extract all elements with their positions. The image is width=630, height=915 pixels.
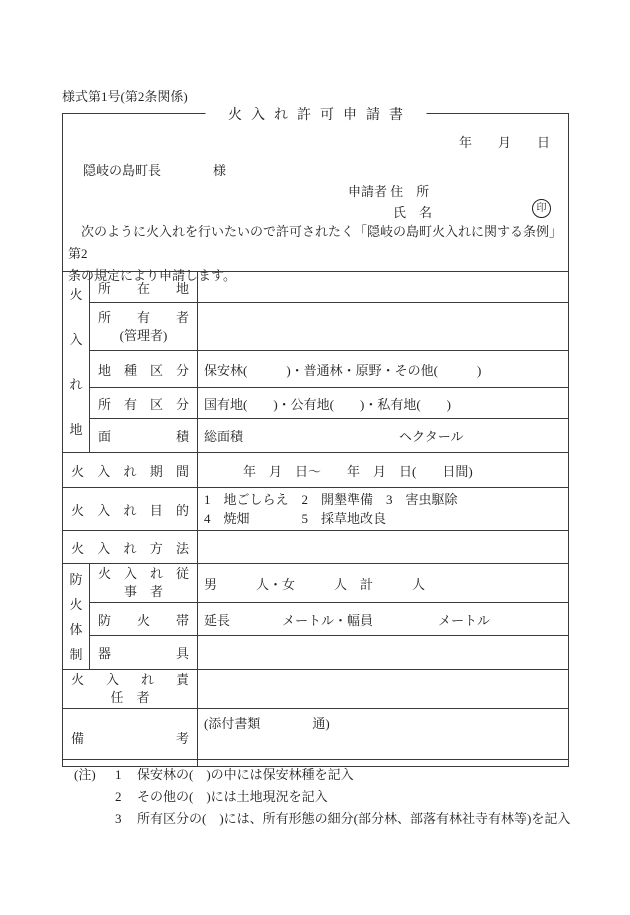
note-prefix-spacer [74, 786, 115, 808]
applicant-address-label: 申請者 住 所 [348, 181, 429, 200]
land-type-label: 地 種 区 分 [90, 351, 198, 388]
form-box: 火入れ許可申請書 年 月 日 隠岐の島町長 様 申請者 住 所 氏 名 印 次の… [62, 113, 569, 760]
workers-value-cell: 男 人・女 人 計 人 [198, 564, 569, 603]
applicant-name-label: 氏 名 [393, 202, 432, 221]
group-label-fire-site: 火 入 れ 地 [63, 272, 90, 453]
owner-label: 所 有 者 (管理者) [90, 303, 198, 351]
location-label: 所 在 地 [90, 272, 198, 303]
form-number: 様式第1号(第2条関係) [62, 86, 188, 105]
note-row-3: 3 所有区分の( )には、所有形態の細分(部分林、部落有林社寺有林等)を記入 [74, 808, 570, 830]
application-table: 火 入 れ 地 所 在 地 所 有 者 (管理者) 地 種 区 分 保安林( )… [62, 271, 569, 767]
firebreak-value-cell: 延長 メートル・幅員 メートル [198, 603, 569, 636]
ownership-value-cell: 国有地( )・公有地( )・私有地( ) [198, 388, 569, 419]
method-label: 火 入 れ 方 法 [63, 531, 198, 564]
workers-label-line1: 火 入 れ 従 [98, 565, 189, 583]
owner-value-cell [198, 303, 569, 351]
location-value-cell [198, 272, 569, 303]
note-prefix-spacer [74, 808, 115, 830]
area-label: 面 積 [90, 419, 198, 453]
seal-icon: 印 [532, 199, 551, 218]
form-title: 火入れ許可申請書 [205, 104, 426, 124]
equipment-value-cell [198, 636, 569, 670]
note-3-number: 3 [115, 808, 137, 830]
owner-label-line2: (管理者) [98, 327, 189, 345]
note-1-text: 保安林の( )の中には保安林種を記入 [137, 764, 354, 786]
addressee-line: 隠岐の島町長 様 [83, 160, 226, 179]
note-prefix: (注) [74, 764, 115, 786]
note-row-2: 2 その他の( )には土地現況を記入 [74, 786, 570, 808]
note-3-text: 所有区分の( )には、所有形態の細分(部分林、部落有林社寺有林等)を記入 [137, 808, 570, 830]
area-value-cell: 総面積 ヘクタール [198, 419, 569, 453]
purpose-value-cell: 1 地ごしらえ 2 開墾準備 3 害虫駆除 4 焼畑 5 採草地改良 [198, 488, 569, 531]
period-value-cell: 年 月 日〜 年 月 日( 日間) [198, 453, 569, 488]
fire-permit-application-form: 様式第1号(第2条関係) 火入れ許可申請書 年 月 日 隠岐の島町長 様 申請者… [0, 0, 630, 915]
note-row-1: (注) 1 保安林の( )の中には保安林種を記入 [74, 764, 570, 786]
remarks-label: 備 考 [63, 709, 198, 767]
responsible-label-line1: 火 入 れ 責 [71, 671, 189, 689]
period-label: 火 入 れ 期 間 [63, 453, 198, 488]
ownership-label: 所 有 区 分 [90, 388, 198, 419]
land-type-value-cell: 保安林( )・普通林・原野・その他( ) [198, 351, 569, 388]
footnotes: (注) 1 保安林の( )の中には保安林種を記入 2 その他の( )には土地現況… [74, 764, 570, 830]
date-line: 年 月 日 [459, 132, 550, 151]
responsible-value-cell [198, 670, 569, 709]
group-label-fire-prevention: 防 火 体 制 [63, 564, 90, 670]
workers-label-line2: 事 者 [98, 583, 189, 601]
responsible-label-line2: 任 者 [71, 689, 189, 707]
method-value-cell [198, 531, 569, 564]
note-2-text: その他の( )には土地現況を記入 [137, 786, 328, 808]
workers-label: 火 入 れ 従 事 者 [90, 564, 198, 603]
purpose-label: 火 入 れ 目 的 [63, 488, 198, 531]
equipment-label: 器 具 [90, 636, 198, 670]
responsible-label: 火 入 れ 責 任 者 [63, 670, 198, 709]
firebreak-label: 防 火 帯 [90, 603, 198, 636]
remarks-value-cell: (添付書類 通) [198, 709, 569, 767]
note-2-number: 2 [115, 786, 137, 808]
note-1-number: 1 [115, 764, 137, 786]
owner-label-line1: 所 有 者 [98, 309, 189, 327]
